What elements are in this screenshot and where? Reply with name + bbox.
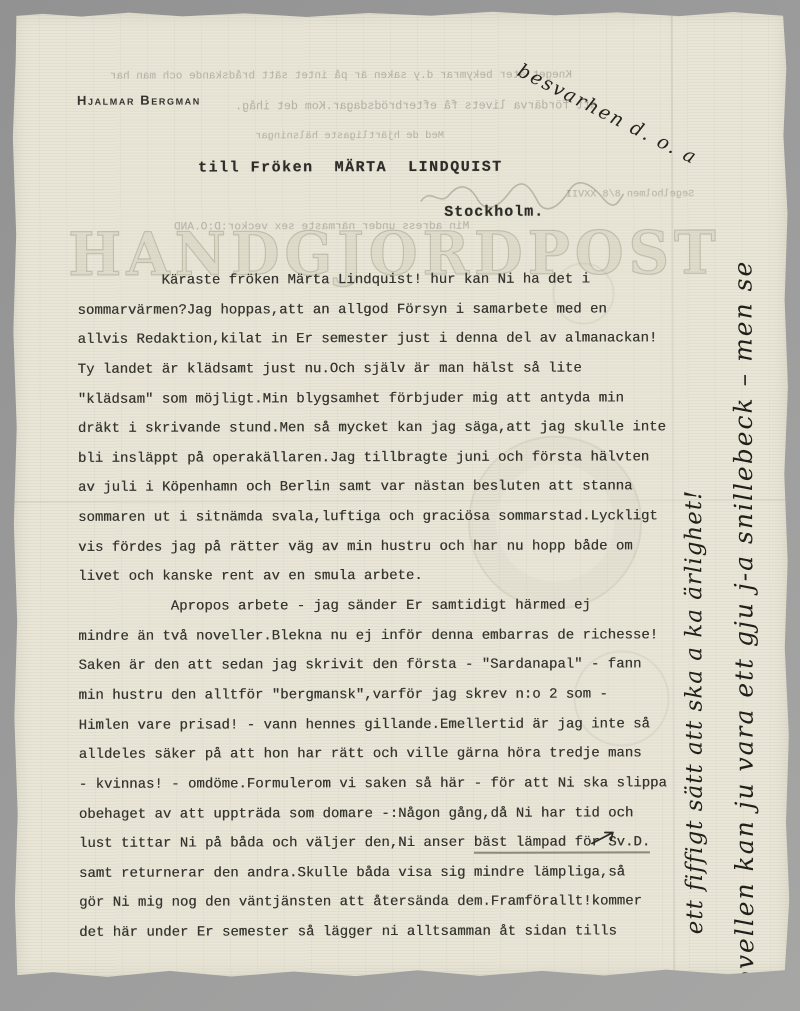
bleedthrough-text-block: Kneget åter bekymrar d.y saken är på int… <box>12 10 788 12</box>
typed-line: vis fördes jag på rätter väg av min hust… <box>78 538 718 569</box>
typed-line: mindre än två noveller.Blekna nu ej infö… <box>78 627 718 658</box>
typed-line: Himlen vare prisad! - vann hennes gillan… <box>79 716 719 747</box>
typed-line: Ty landet är klädsamt just nu.Och själv … <box>78 360 718 391</box>
typed-line: det här under Er semester så lägger ni a… <box>79 923 719 954</box>
letter-paper: HANDGJORDPOST Kneget åter bekymrar d.y s… <box>12 10 791 979</box>
typed-line: sommaren ut i sitnämda svala,luftiga och… <box>78 508 718 539</box>
typed-line: Apropos arbete - jag sänder Er samtidigt… <box>78 597 718 628</box>
letterhead-name: Hjalmar Bergman <box>77 93 201 108</box>
handwritten-margin-note-inner: ett fiffigt sätt att ska a ka ärlighet! <box>681 490 708 935</box>
recipient-line: till Fröken MÄRTA LINDQUIST <box>198 159 503 177</box>
bleedthrough-line: att fördärva livets få efterbrödsdagar.K… <box>227 99 597 113</box>
typed-line: Käraste fröken Märta Lindquist! hur kan … <box>77 271 717 302</box>
typed-line: lust tittar Ni på båda och väljer den,Ni… <box>79 834 719 865</box>
typed-line: allvis Redaktion,kilat in Er semester ju… <box>78 330 718 361</box>
typed-line: bli insläppt på operakällaren.Jag tillbr… <box>78 449 718 480</box>
typed-line: samt returnerar den andra.Skulle båda vi… <box>79 864 719 895</box>
typed-line: av juli i Köpenhamn och Berlin samt var … <box>78 479 718 510</box>
handwritten-top-note: besvarhen d. o. a <box>514 60 701 169</box>
scanned-letter: HANDGJORDPOST Kneget åter bekymrar d.y s… <box>0 0 800 1011</box>
typed-line: Saken är den att sedan jag skrivit den f… <box>78 656 718 687</box>
handwritten-margin-note-outer: Novellen kan ju vara ett gju j-a snilleb… <box>728 260 759 1010</box>
letter-body: Käraste fröken Märta Lindquist! hur kan … <box>77 271 719 954</box>
bleedthrough-line: Min adress under närmaste sex veckor:D:O… <box>169 221 469 234</box>
handwritten-caret-mark <box>589 827 623 847</box>
bleedthrough-line: Med de hjärtligaste hälsningar <box>254 130 444 142</box>
typed-line: livet och kanske rent av en smula arbete… <box>78 568 718 599</box>
typed-line: sommarvärmen?Jag hoppas,att an allgod Fö… <box>77 301 717 332</box>
typed-line: min hustru den alltför "bergmansk",varfö… <box>79 686 719 717</box>
recipient-city: Stockholm. <box>444 204 544 221</box>
bleedthrough-line: Kneget åter bekymrar d.y saken är på int… <box>107 70 572 83</box>
typed-line: dräkt i skrivande stund.Men så mycket ka… <box>78 419 718 450</box>
typed-line: gör Ni mig nog den väntjänsten att åters… <box>79 894 719 925</box>
typed-line: - kvinnas! - omdöme.Formulerom vi saken … <box>79 775 719 806</box>
typed-line: alldeles säker på att hon har rätt och v… <box>79 745 719 776</box>
underlined-phrase: bäst lämpad för Sv.D. <box>474 835 650 854</box>
typed-line: "klädsam" som möjligt.Min blygsamhet för… <box>78 390 718 421</box>
